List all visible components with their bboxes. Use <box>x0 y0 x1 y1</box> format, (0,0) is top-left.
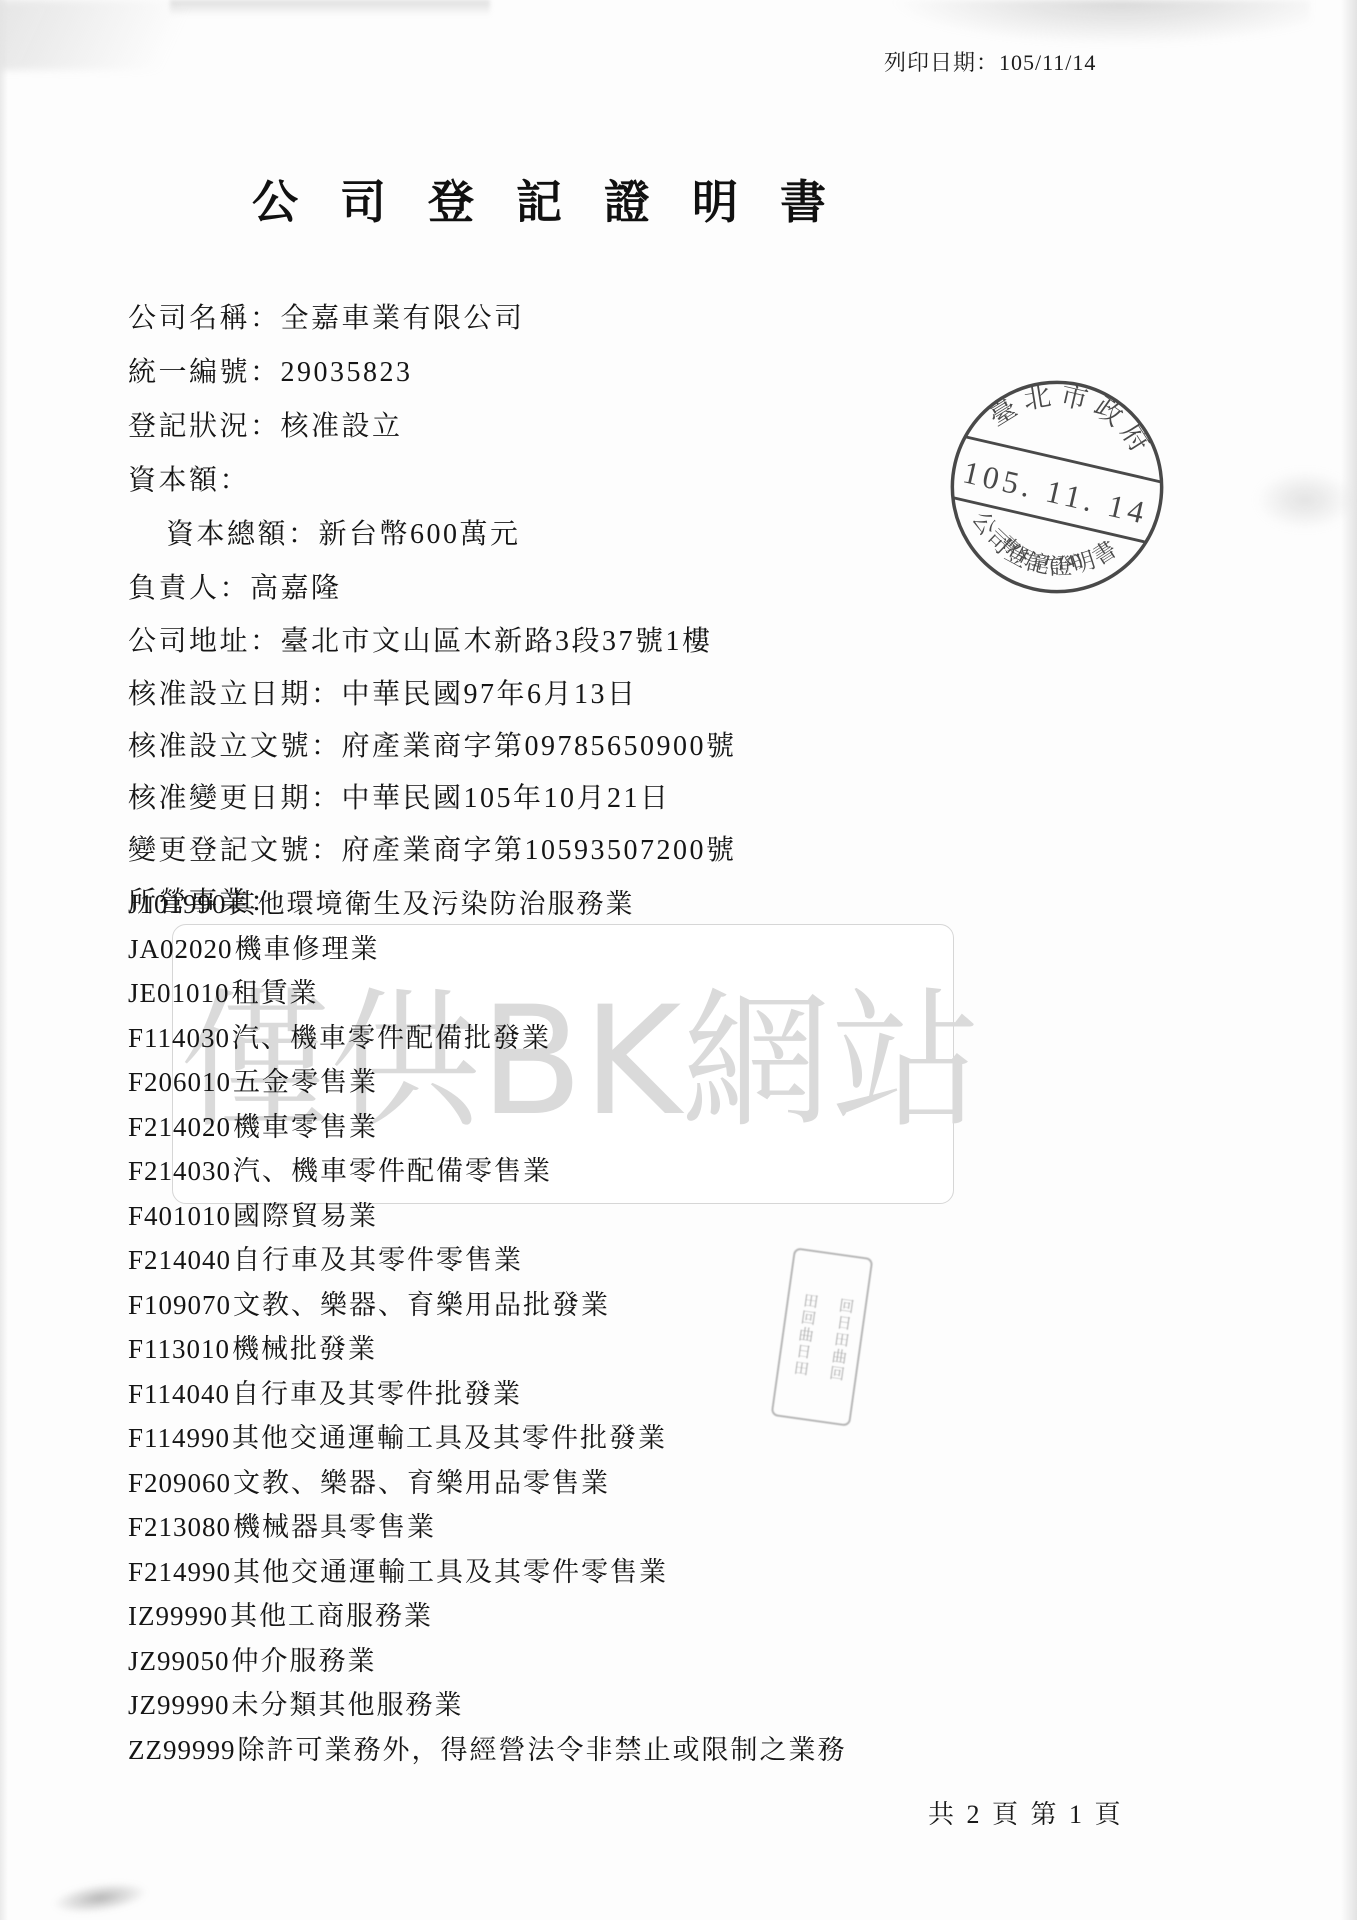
field-registration-status: 登記狀況：核准設立 <box>128 404 403 444</box>
business-code: F401010 <box>128 1201 231 1231</box>
business-name: 未分類其他服務業 <box>232 1690 464 1720</box>
field-company-address: 公司地址：臺北市文山區木新路3段37號1樓 <box>128 619 713 659</box>
business-item-row: JE01010租賃業 <box>128 971 1028 1016</box>
business-code: F214990 <box>128 1557 231 1587</box>
business-item-row: F209060文教、樂器、育樂用品零售業 <box>128 1461 1028 1506</box>
business-item-row: F206010五金零售業 <box>128 1060 1028 1105</box>
scan-artifact-ghost-mark <box>1255 470 1355 530</box>
business-name: 汽、機車零件配備零售業 <box>233 1156 552 1186</box>
business-item-row: F113010機械批發業 <box>128 1327 1028 1372</box>
business-code: F114990 <box>128 1423 230 1453</box>
business-item-row: F213080機械器具零售業 <box>128 1505 1028 1550</box>
scan-artifact-bottom-smudge <box>51 1877 150 1918</box>
business-item-row: F214030汽、機車零件配備零售業 <box>128 1149 1028 1194</box>
business-code: F209060 <box>128 1468 231 1498</box>
field-company-name: 公司名稱：全嘉車業有限公司 <box>128 296 525 336</box>
business-name: 機械器具零售業 <box>233 1512 436 1542</box>
business-code: F213080 <box>128 1512 231 1542</box>
government-date-stamp: 臺北市政府 105. 11. 14 公司登記證明書 專用章(14) <box>926 356 1187 617</box>
scan-artifact-top-middle <box>170 0 490 16</box>
business-name: 五金零售業 <box>233 1067 378 1097</box>
business-code: JZ99050 <box>128 1646 230 1676</box>
business-item-row: F114990其他交通運輸工具及其零件批發業 <box>128 1416 1028 1461</box>
business-name: 機車零售業 <box>233 1112 378 1142</box>
business-item-row: F114040自行車及其零件批發業 <box>128 1372 1028 1417</box>
business-item-row: J101990其他環境衛生及污染防治服務業 <box>128 882 1028 927</box>
business-item-row: ZZ99999除許可業務外，得經營法令非禁止或限制之業務 <box>128 1728 1028 1773</box>
field-establishment-date: 核准設立日期：中華民國97年6月13日 <box>128 672 638 712</box>
field-responsible-person: 負責人：高嘉隆 <box>128 566 342 606</box>
scan-artifact-left-edge <box>0 0 8 1920</box>
business-name: 機械批發業 <box>232 1334 377 1364</box>
business-name: 文教、樂器、育樂用品零售業 <box>233 1468 610 1498</box>
field-capital-label: 資本額： <box>128 458 250 498</box>
business-item-row: F214020機車零售業 <box>128 1105 1028 1150</box>
business-item-row: JZ99050仲介服務業 <box>128 1639 1028 1684</box>
business-item-row: JZ99990未分類其他服務業 <box>128 1683 1028 1728</box>
business-name: 其他交通運輸工具及其零件批發業 <box>232 1423 667 1453</box>
field-amendment-date: 核准變更日期：中華民國105年10月21日 <box>128 776 671 816</box>
business-code: JA02020 <box>128 934 233 964</box>
stamp-graphic: 臺北市政府 105. 11. 14 公司登記證明書 專用章(14) <box>926 356 1187 617</box>
business-code: IZ99990 <box>128 1601 228 1631</box>
business-code: F113010 <box>128 1334 230 1364</box>
scan-artifact-right-edge <box>1341 0 1357 1920</box>
business-code: F214040 <box>128 1245 231 1275</box>
business-code: F114030 <box>128 1023 230 1053</box>
field-establishment-doc-no: 核准設立文號：府產業商字第09785650900號 <box>128 724 737 764</box>
business-code: F109070 <box>128 1290 231 1320</box>
business-name: 其他環境衛生及污染防治服務業 <box>229 889 635 919</box>
business-name: 自行車及其零件零售業 <box>233 1245 523 1275</box>
field-amendment-doc-no: 變更登記文號：府產業商字第10593507200號 <box>128 828 737 868</box>
business-item-row: F109070文教、樂器、育樂用品批發業 <box>128 1283 1028 1328</box>
stamp-top-arc-text: 臺北市政府 <box>979 364 1169 468</box>
business-name: 除許可業務外，得經營法令非禁止或限制之業務 <box>238 1735 847 1765</box>
business-item-row: F114030汽、機車零件配備批發業 <box>128 1016 1028 1061</box>
business-code: JE01010 <box>128 978 230 1008</box>
business-code: J101990 <box>128 889 227 919</box>
business-code: ZZ99999 <box>128 1735 236 1765</box>
business-name: 機車修理業 <box>235 934 380 964</box>
field-capital-total: 資本總額：新台幣600萬元 <box>166 512 521 552</box>
business-item-row: IZ99990其他工商服務業 <box>128 1594 1028 1639</box>
business-item-row: F214990其他交通運輸工具及其零件零售業 <box>128 1550 1028 1595</box>
business-code: F214020 <box>128 1112 231 1142</box>
business-code: F214030 <box>128 1156 231 1186</box>
page-number: 共 2 頁 第 1 頁 <box>928 1794 1124 1831</box>
business-item-row: JA02020機車修理業 <box>128 927 1028 972</box>
field-unified-number: 統一編號：29035823 <box>128 350 413 390</box>
business-name: 租賃業 <box>232 978 319 1008</box>
business-items-list: J101990其他環境衛生及污染防治服務業 JA02020機車修理業 JE010… <box>128 882 1028 1772</box>
business-name: 國際貿易業 <box>233 1201 378 1231</box>
business-code: F114040 <box>128 1379 230 1409</box>
business-item-row: F214040自行車及其零件零售業 <box>128 1238 1028 1283</box>
business-name: 自行車及其零件批發業 <box>232 1379 522 1409</box>
business-code: JZ99990 <box>128 1690 230 1720</box>
document-page: 列印日期：105/11/14 公司登記證明書 僅供BK網站 公司名稱：全嘉車業有… <box>0 0 1357 1920</box>
business-name: 其他交通運輸工具及其零件零售業 <box>233 1557 668 1587</box>
business-code: F206010 <box>128 1067 231 1097</box>
scan-artifact-top-left <box>0 0 320 70</box>
business-name: 文教、樂器、育樂用品批發業 <box>233 1290 610 1320</box>
scan-artifact-top-right <box>890 0 1310 46</box>
business-name: 仲介服務業 <box>232 1646 377 1676</box>
print-date: 列印日期：105/11/14 <box>884 46 1096 77</box>
document-title: 公司登記證明書 <box>252 166 868 232</box>
business-name: 其他工商服務業 <box>230 1601 433 1631</box>
business-item-row: F401010國際貿易業 <box>128 1194 1028 1239</box>
business-name: 汽、機車零件配備批發業 <box>232 1023 551 1053</box>
